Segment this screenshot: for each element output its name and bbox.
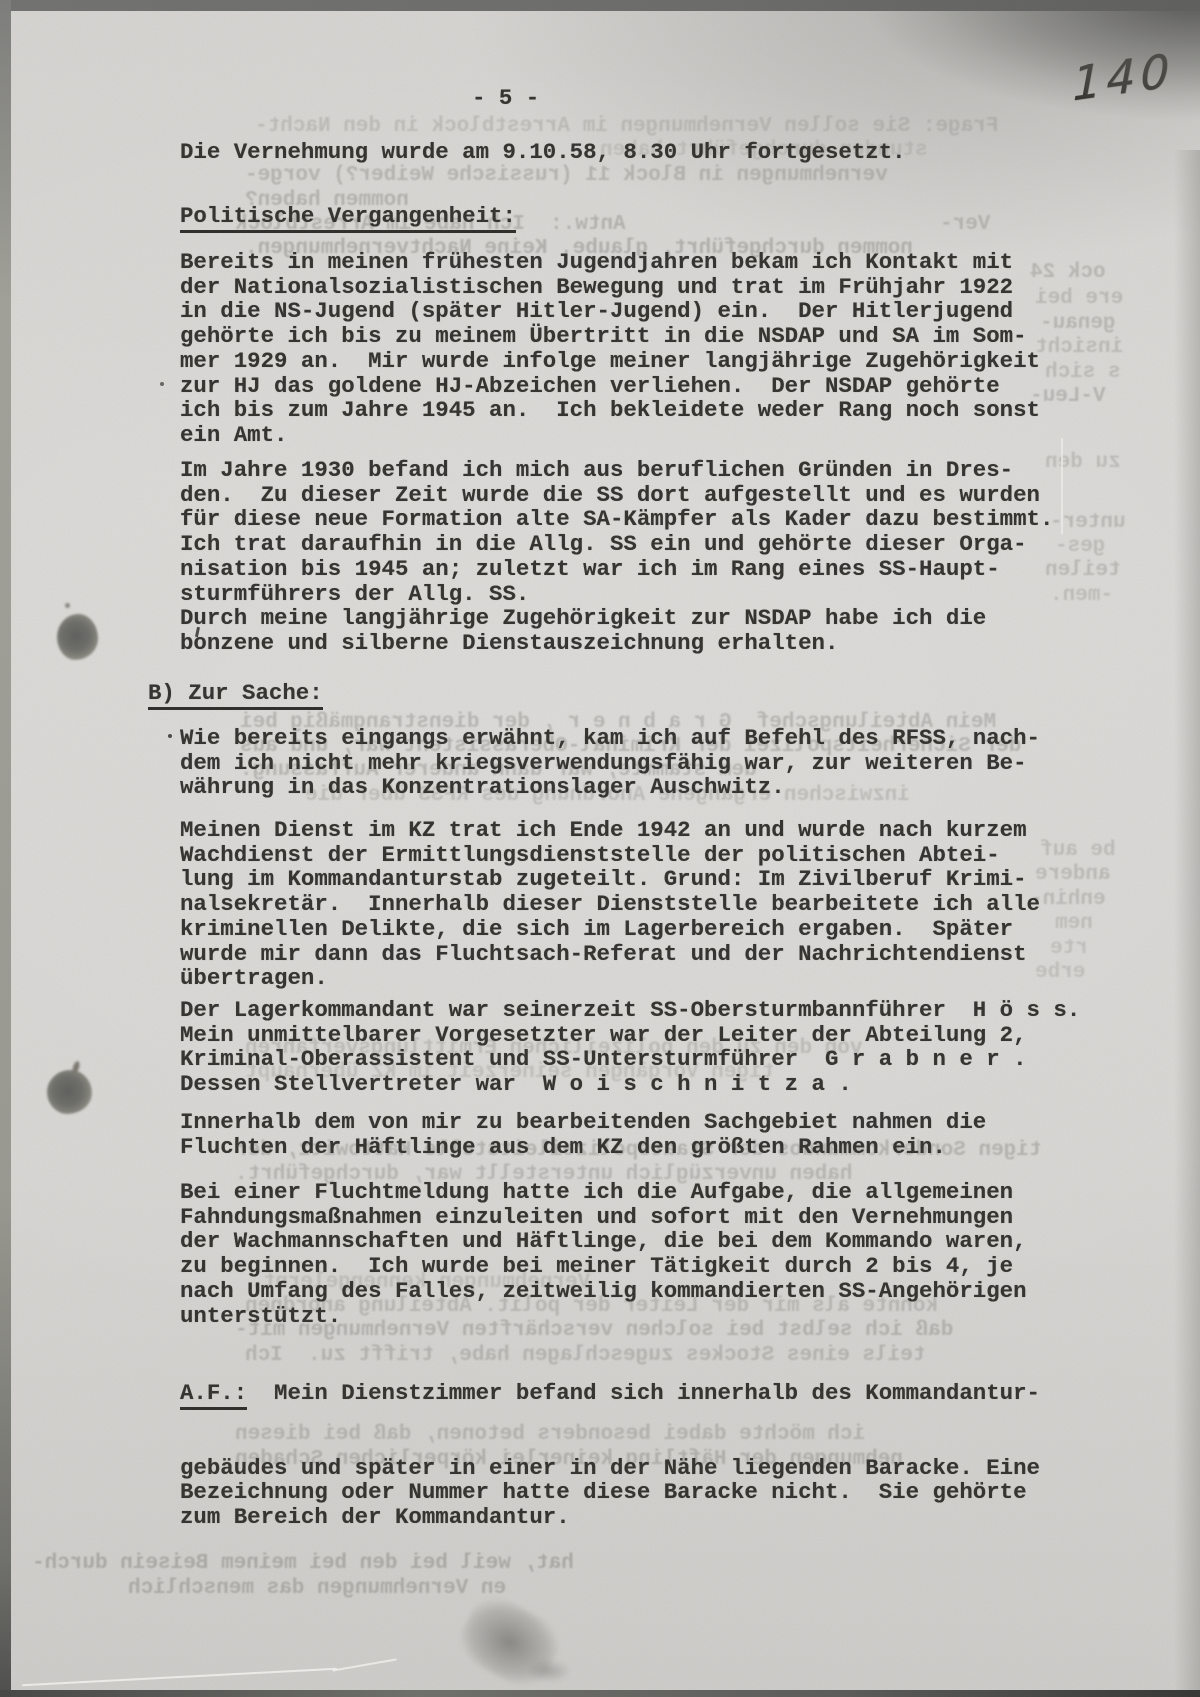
bleed-through-line: nem bbox=[1055, 913, 1093, 935]
bleed-through-line: Ver- bbox=[940, 214, 990, 236]
bleed-through-line: V-Leu- bbox=[1030, 386, 1106, 408]
paragraph-political-past-2: Im Jahre 1930 befand ich mich aus berufl… bbox=[180, 458, 1053, 656]
text-line: Kriminal-Oberassistent und SS-Untersturm… bbox=[180, 1047, 1080, 1072]
text-line: in die NS-Jugend (später Hitler-Jugend) … bbox=[180, 299, 1040, 324]
text-line: zur HJ das goldene HJ-Abzeichen verliehe… bbox=[180, 374, 1040, 399]
bleed-through-line: teilen bbox=[1045, 560, 1121, 582]
bleed-through-line: insicht bbox=[1035, 337, 1123, 359]
paragraph-auschwitz-transfer: Wie bereits eingangs erwähnt, kam ich au… bbox=[180, 726, 1040, 800]
bleed-through-line: erbe bbox=[1035, 962, 1085, 984]
paragraph-fluchtmeldung: Bei einer Fluchtmeldung hatte ich die Au… bbox=[180, 1180, 1027, 1328]
af-lines: gebäudes und später in einer in der Nähe… bbox=[180, 1456, 1040, 1530]
bleed-through-line: genau- bbox=[1040, 313, 1116, 335]
scratch-mark bbox=[1061, 438, 1063, 534]
bleed-through-line: be auf bbox=[1040, 840, 1116, 862]
ink-blot bbox=[47, 1070, 92, 1114]
text-line: Bei einer Fluchtmeldung hatte ich die Au… bbox=[180, 1180, 1027, 1205]
text-line: der Nationalsozialistischen Bewegung und… bbox=[180, 275, 1040, 300]
text-line: Im Jahre 1930 befand ich mich aus berufl… bbox=[180, 458, 1053, 483]
text-line: Innerhalb dem von mir zu bearbeitenden S… bbox=[180, 1110, 986, 1135]
paragraph-sachgebiet: Innerhalb dem von mir zu bearbeitenden S… bbox=[180, 1110, 986, 1159]
section-heading-zur-sache: B) Zur Sache: bbox=[148, 681, 323, 706]
text-line: gehörte ich bis zu meinem Übertritt in d… bbox=[180, 324, 1040, 349]
stray-ink-dot bbox=[168, 734, 172, 738]
bleed-through-line: andere bbox=[1035, 864, 1111, 886]
text-line: Bezeichnung oder Nummer hatte diese Bara… bbox=[180, 1480, 1040, 1505]
text-line: nisation bis 1945 an; zuletzt war ich im… bbox=[180, 557, 1053, 582]
text-line: für diese neue Formation alte SA-Kämpfer… bbox=[180, 507, 1053, 532]
bleed-through-line: ere bei bbox=[1035, 288, 1123, 310]
text-line: Bereits in meinen frühesten Jugendjahren… bbox=[180, 250, 1040, 275]
heading-text: B) Zur Sache: bbox=[148, 680, 323, 710]
text-line: kriminellen Delikte, die sich im Lagerbe… bbox=[180, 917, 1040, 942]
text-line: Fahndungsmaßnahmen einzuleiten und sofor… bbox=[180, 1205, 1027, 1230]
scan-edge-left bbox=[0, 0, 11, 1697]
bleed-through-line: ges- bbox=[1055, 536, 1105, 558]
text-line: gebäudes und später in einer in der Nähe… bbox=[180, 1456, 1040, 1481]
bleed-through-line: enhin- bbox=[1030, 889, 1106, 911]
bleed-through-line: en Vernehmungen das menschlich bbox=[128, 1578, 506, 1600]
text-line: ich bis zum Jahre 1945 an. Ich bekleidet… bbox=[180, 398, 1040, 423]
text-line: wurde mir dann das Fluchtsach-Referat un… bbox=[180, 942, 1040, 967]
text-line: ein Amt. bbox=[180, 423, 1040, 448]
page-corner-shadow bbox=[780, 0, 1200, 160]
text-line: nach Umfang des Falles, zeitweilig komma… bbox=[180, 1279, 1027, 1304]
text-line: den. Zu dieser Zeit wurde die SS dort au… bbox=[180, 483, 1053, 508]
section-heading-politische-vergangenheit: Politische Vergangenheit: bbox=[180, 204, 516, 229]
text-line: Wachdienst der Ermittlungsdienststelle d… bbox=[180, 843, 1040, 868]
text-line: mer 1929 an. Mir wurde infolge meiner la… bbox=[180, 349, 1040, 374]
af-statement: A.F.: Mein Dienstzimmer befand sich inne… bbox=[180, 1332, 1040, 1579]
text-line: A.F.: Mein Dienstzimmer befand sich inne… bbox=[180, 1381, 1040, 1406]
bleed-through-line: -men. bbox=[1050, 585, 1113, 607]
text-line: sturmführers der Allg. SS. bbox=[180, 582, 1053, 607]
af-first-line-rest: Mein Dienstzimmer befand sich innerhalb … bbox=[247, 1380, 1040, 1406]
text-line: Wie bereits eingangs erwähnt, kam ich au… bbox=[180, 726, 1040, 751]
bleed-through-line: ock 24 bbox=[1030, 262, 1106, 284]
text-line: Meinen Dienst im KZ trat ich Ende 1942 a… bbox=[180, 818, 1040, 843]
bleed-through-line: s sich bbox=[1045, 362, 1121, 384]
text-line: unterstützt. bbox=[180, 1304, 1027, 1329]
text-line: übertragen. bbox=[180, 966, 1040, 991]
smudge-mark bbox=[528, 1660, 570, 1682]
text-line: der Wachmannschaften und Häftlinge, die … bbox=[180, 1229, 1027, 1254]
stray-ink-dot bbox=[160, 382, 164, 386]
heading-text: Politische Vergangenheit: bbox=[180, 203, 516, 233]
bleed-through-line: vernehmungen in Block 11 (russische Weib… bbox=[245, 165, 888, 187]
af-label: A.F.: bbox=[180, 1380, 247, 1410]
scratch-mark bbox=[332, 1658, 396, 1671]
text-line: Ich trat daraufhin in die Allg. SS ein u… bbox=[180, 532, 1053, 557]
text-line: zu beginnen. Ich wurde bei meiner Tätigk… bbox=[180, 1254, 1027, 1279]
scan-edge-top bbox=[0, 0, 1200, 11]
text-line: lung im Kommandanturstab zugeteilt. Grun… bbox=[180, 867, 1040, 892]
text-line: währung in das Konzentrationslager Ausch… bbox=[180, 775, 1040, 800]
text-line: Dessen Stellvertreter war W o i s c h n … bbox=[180, 1072, 1080, 1097]
paper-edge-shading bbox=[1174, 150, 1200, 1697]
ink-blot bbox=[57, 614, 98, 660]
paragraph-superiors: Der Lagerkommandant war seinerzeit SS-Ob… bbox=[180, 998, 1080, 1097]
bleed-through-line: rte bbox=[1050, 938, 1088, 960]
page-number: - 5 - bbox=[472, 86, 539, 111]
text-line: zum Bereich der Kommandantur. bbox=[180, 1505, 1040, 1530]
bleed-through-line: zu den bbox=[1045, 452, 1121, 474]
paragraph-kz-service: Meinen Dienst im KZ trat ich Ende 1942 a… bbox=[180, 818, 1040, 991]
text-line: dem ich nicht mehr kriegsverwendungsfähi… bbox=[180, 751, 1040, 776]
scratch-mark bbox=[22, 1668, 337, 1686]
scanned-document-page: Frage: Sie sollen Vernehmungen im Arrest… bbox=[0, 0, 1200, 1697]
text-line: bonzene und silberne Dienstauszeichnung … bbox=[180, 631, 1053, 656]
text-line: Fluchten der Häftlinge aus dem KZ den gr… bbox=[180, 1135, 986, 1160]
paragraph-political-past-1: Bereits in meinen frühesten Jugendjahren… bbox=[180, 250, 1040, 448]
text-line: nalsekretär. Innerhalb dieser Dienststel… bbox=[180, 892, 1040, 917]
text-line: Der Lagerkommandant war seinerzeit SS-Ob… bbox=[180, 998, 1080, 1023]
scan-edge-bottom bbox=[0, 1690, 1200, 1697]
text-line: Mein unmittelbarer Vorgesetzter war der … bbox=[180, 1023, 1080, 1048]
text-line: Durch meine langjährige Zugehörigkeit zu… bbox=[180, 606, 1053, 631]
